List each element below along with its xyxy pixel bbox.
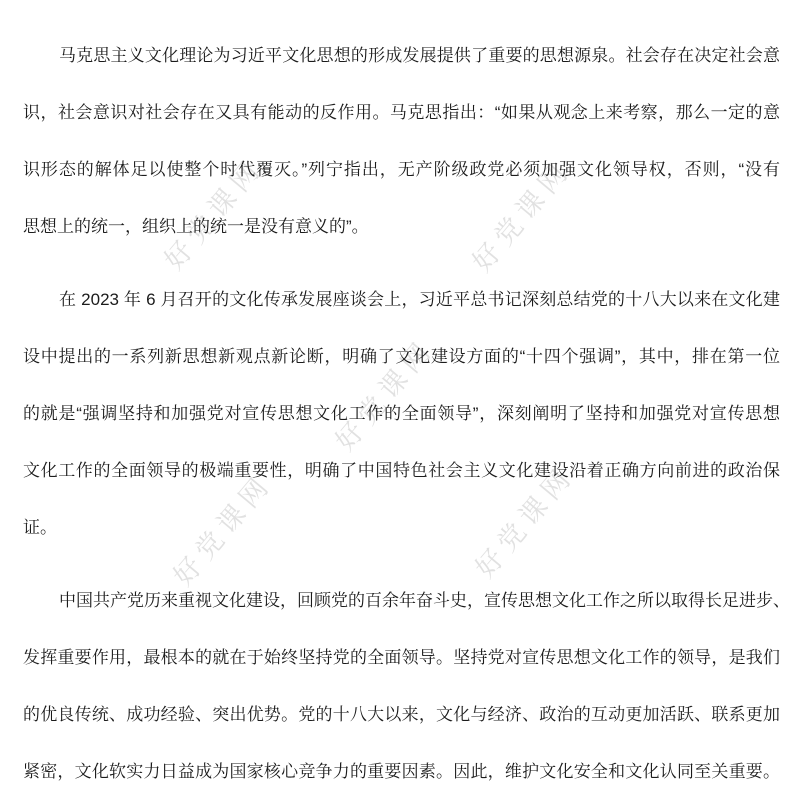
text-line: 文化工作的全面领导的极端重要性，明确了中国特色社会主义文化建设沿着正确方向前进的… [23,442,780,499]
paragraph: 在 2023 年 6 月召开的文化传承发展座谈会上，习近平总书记深刻总结党的十八… [23,271,780,556]
document-page: 好党课网好党课网好党课网好党课网好党课网 马克思主义文化理论为习近平文化思想的形… [0,0,800,800]
paragraph: 马克思主义文化理论为习近平文化思想的形成发展提供了重要的思想源泉。社会存在决定社… [23,27,780,255]
document-content: 马克思主义文化理论为习近平文化思想的形成发展提供了重要的思想源泉。社会存在决定社… [23,27,780,800]
text-line: 中国共产党历来重视文化建设，回顾党的百余年奋斗史，宣传思想文化工作之所以取得长足… [23,572,780,629]
text-line: 紧密，文化软实力日益成为国家核心竞争力的重要因素。因此，维护文化安全和文化认同至… [23,743,780,800]
text-line: 证。 [23,499,780,556]
text-line: 马克思主义文化理论为习近平文化思想的形成发展提供了重要的思想源泉。社会存在决定社… [23,27,780,84]
text-line: 发挥重要作用，最根本的就在于始终坚持党的全面领导。坚持党对宣传思想文化工作的领导… [23,629,780,686]
text-line: 的优良传统、成功经验、突出优势。党的十八大以来，文化与经济、政治的互动更加活跃、… [23,686,780,743]
text-line: 识，社会意识对社会存在又具有能动的反作用。马克思指出：“如果从观念上来考察，那么… [23,84,780,141]
text-line: 思想上的统一，组织上的统一是没有意义的”。 [23,198,780,255]
paragraph: 中国共产党历来重视文化建设，回顾党的百余年奋斗史，宣传思想文化工作之所以取得长足… [23,572,780,800]
text-line: 在 2023 年 6 月召开的文化传承发展座谈会上，习近平总书记深刻总结党的十八… [23,271,780,328]
text-line: 设中提出的一系列新思想新观点新论断，明确了文化建设方面的“十四个强调”，其中，排… [23,328,780,385]
text-line: 的就是“强调坚持和加强党对宣传思想文化工作的全面领导”，深刻阐明了坚持和加强党对… [23,385,780,442]
document-body: { "page": { "background_color": "#ffffff… [0,0,800,800]
text-line: 识形态的解体足以使整个时代覆灭。”列宁指出，无产阶级政党必须加强文化领导权，否则… [23,141,780,198]
